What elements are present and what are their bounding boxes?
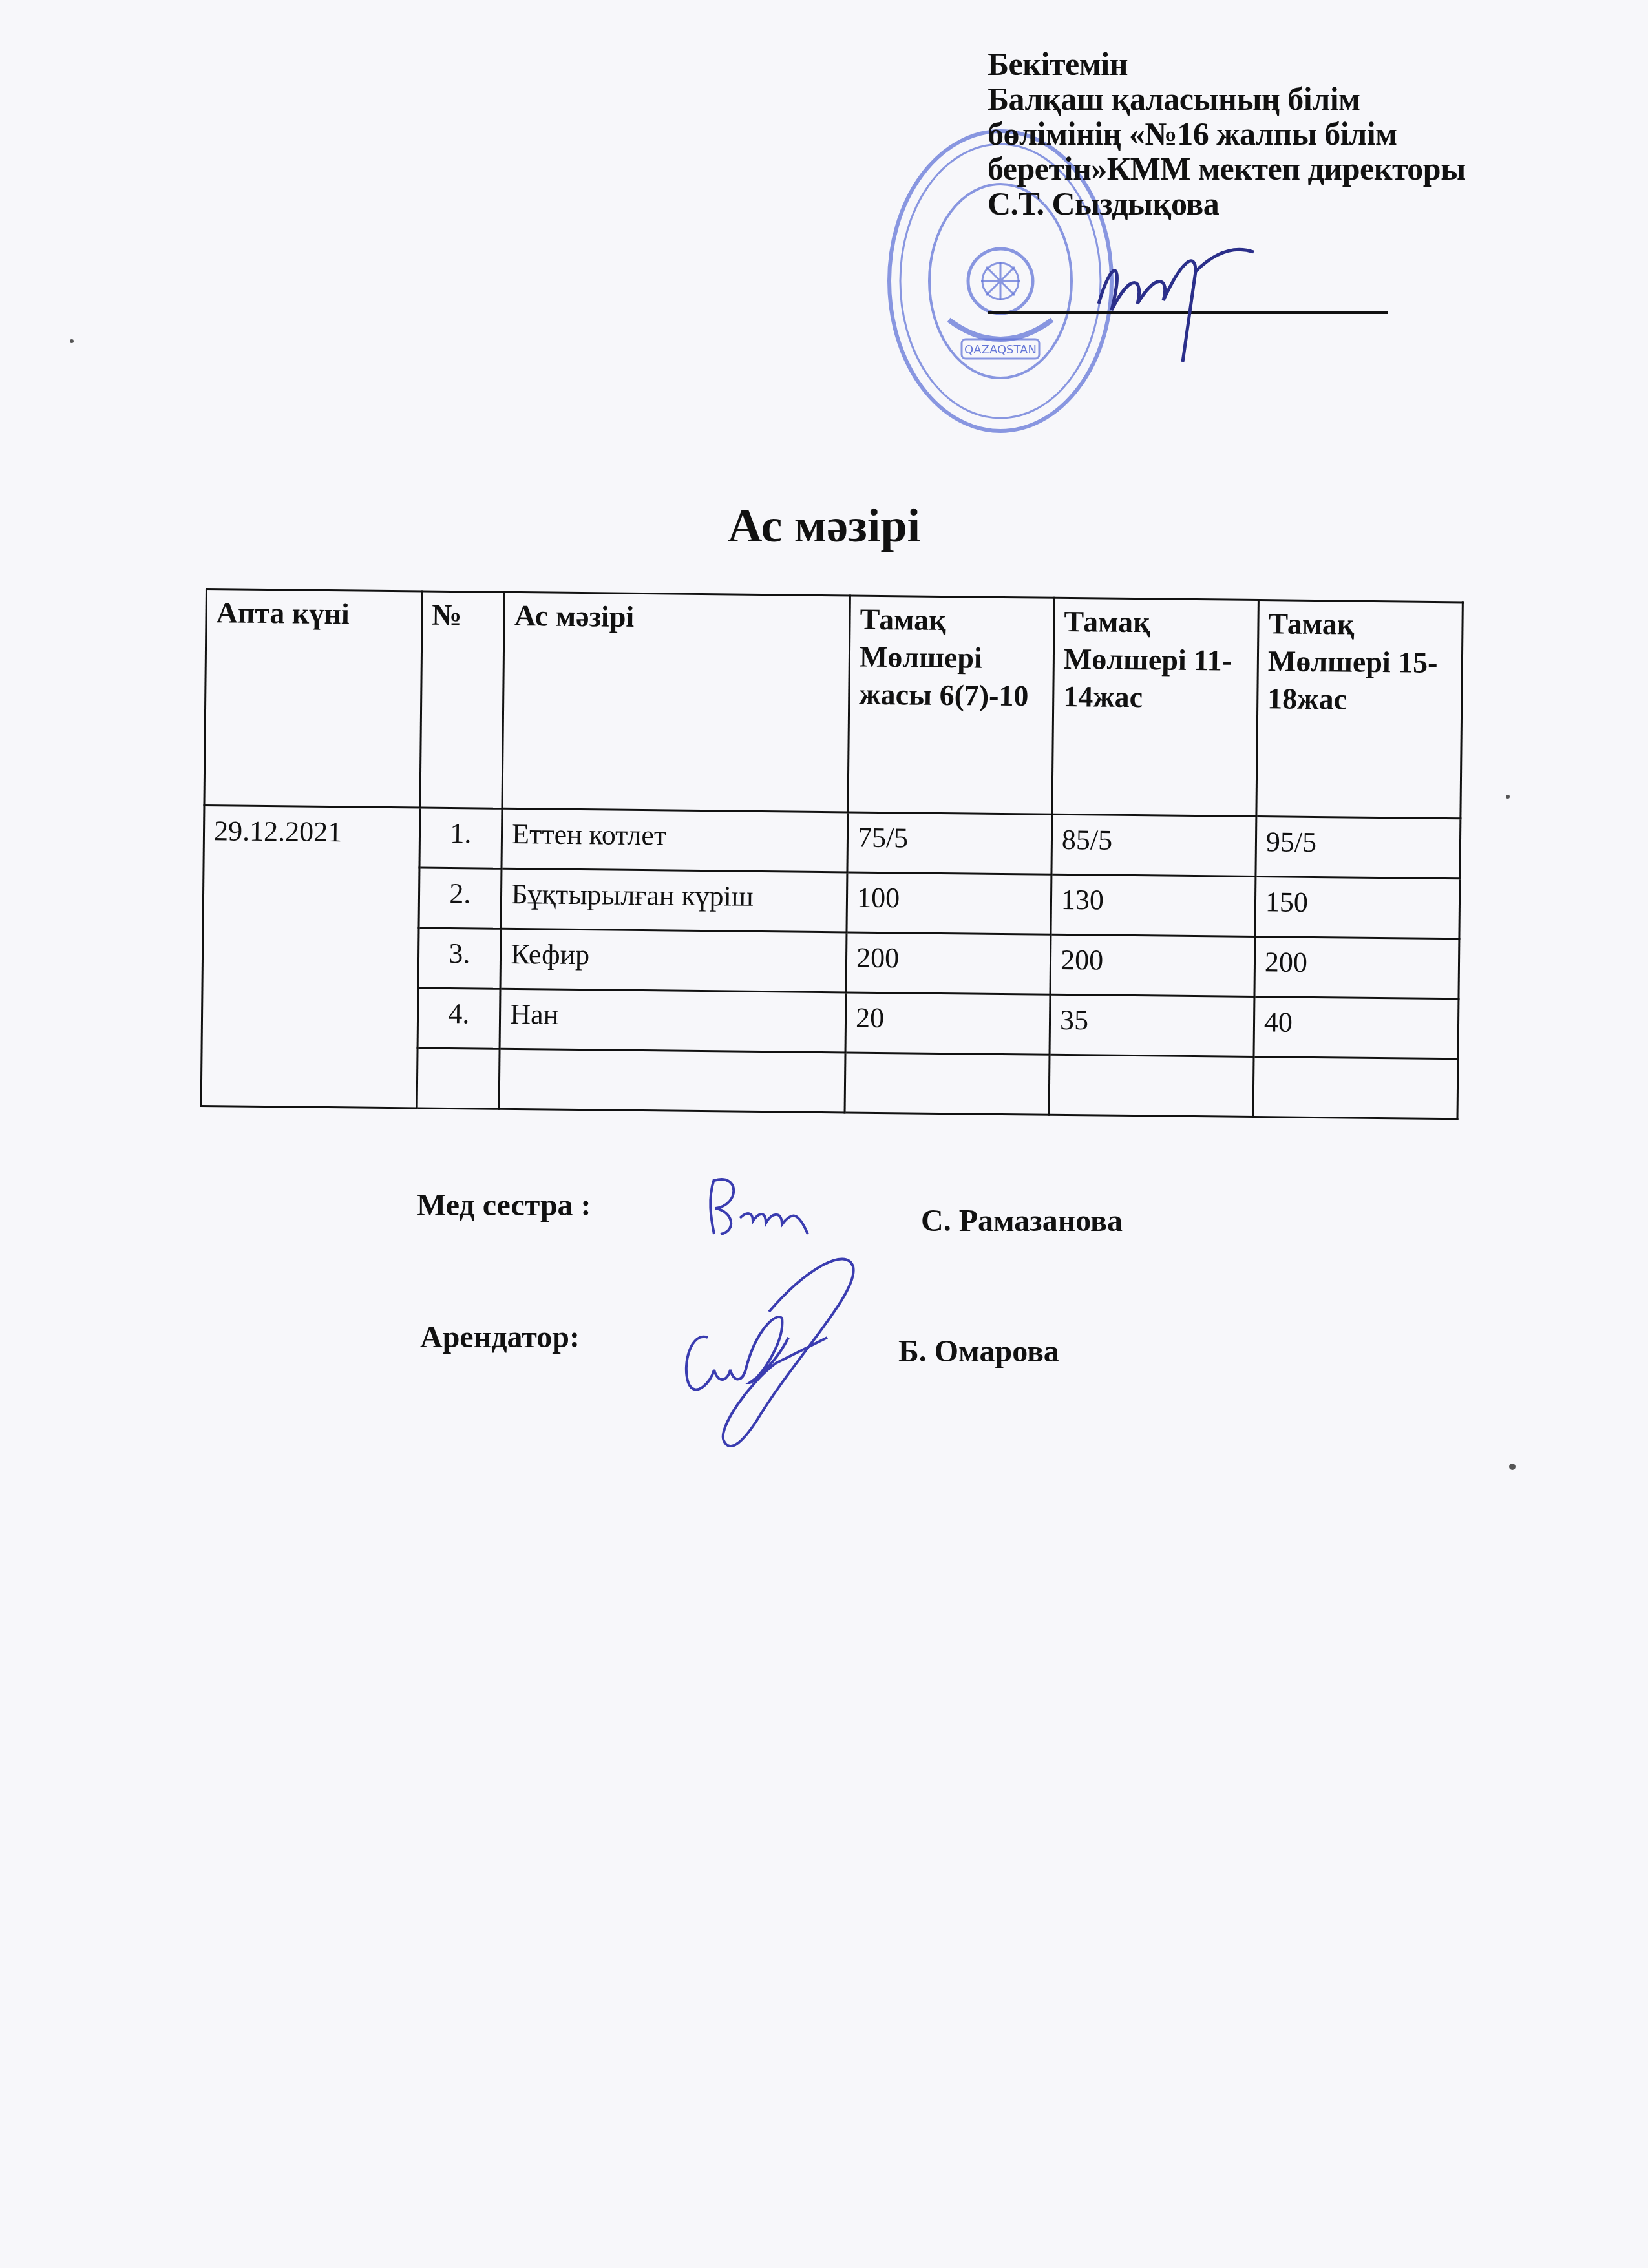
svg-text:QAZAQSTAN: QAZAQSTAN xyxy=(964,343,1037,357)
portion-15-18 xyxy=(1253,1057,1458,1119)
row-number xyxy=(417,1048,500,1109)
header-number: № xyxy=(419,591,504,808)
portion-11-14: 130 xyxy=(1051,874,1256,936)
dish-cell: Кефир xyxy=(500,929,847,992)
header-dish: Ас мәзірі xyxy=(502,592,850,812)
portion-15-18: 200 xyxy=(1254,937,1459,999)
row-number: 4. xyxy=(417,988,501,1049)
nurse-role: Мед сестра : xyxy=(417,1188,591,1223)
header-portion-15-18: Тамақ Мөлшері 15-18жас xyxy=(1256,600,1463,819)
scan-speck xyxy=(1506,795,1510,799)
portion-6-10: 100 xyxy=(847,872,1051,934)
row-number: 3. xyxy=(418,928,502,989)
portion-6-10 xyxy=(845,1053,1050,1115)
row-number: 2. xyxy=(419,868,502,929)
dish-cell: Нан xyxy=(500,989,846,1053)
nurse-name: С. Рамазанова xyxy=(921,1203,1123,1239)
portion-6-10: 200 xyxy=(846,932,1051,994)
nurse-signature-row: Мед сестра : С. Рамазанова xyxy=(417,1188,591,1223)
header-weekday: Апта күні xyxy=(204,589,422,808)
approval-line: Бекітемін xyxy=(988,47,1466,81)
approval-block: Бекітемін Балқаш қаласының білім бөлімін… xyxy=(988,47,1466,221)
portion-6-10: 20 xyxy=(845,992,1050,1055)
tenant-signature-icon xyxy=(679,1254,924,1454)
dish-cell: Бұқтырылған күріш xyxy=(501,868,847,932)
menu-table: Апта күні № Ас мәзірі Тамақ Мөлшері жасы… xyxy=(200,588,1464,1120)
tenant-signature-row: Арендатор: Б. Омарова xyxy=(420,1319,580,1355)
portion-15-18: 95/5 xyxy=(1256,817,1461,879)
portion-15-18: 40 xyxy=(1254,997,1459,1059)
page-title: Ас мәзірі xyxy=(0,499,1648,554)
dish-cell: Еттен котлет xyxy=(502,808,848,872)
table-header-row: Апта күні № Ас мәзірі Тамақ Мөлшері жасы… xyxy=(204,589,1463,819)
table-row: 29.12.2021 1. Еттен котлет 75/5 85/5 95/… xyxy=(204,805,1461,878)
director-name: С.Т. Сыздықова xyxy=(988,186,1466,221)
portion-11-14: 200 xyxy=(1050,934,1255,996)
approval-line: Балқаш қаласының білім xyxy=(988,81,1466,116)
approval-line: беретін»КММ мектеп директоры xyxy=(988,151,1466,186)
scan-speck xyxy=(1509,1464,1516,1470)
row-number: 1. xyxy=(419,808,502,868)
portion-11-14: 35 xyxy=(1050,994,1254,1056)
date-cell: 29.12.2021 xyxy=(201,805,419,1108)
portion-11-14 xyxy=(1049,1055,1254,1117)
tenant-role: Арендатор: xyxy=(420,1320,580,1354)
scan-speck xyxy=(70,339,74,343)
header-portion-6-10: Тамақ Мөлшері жасы 6(7)-10 xyxy=(848,596,1054,814)
director-signature-icon xyxy=(1086,233,1280,375)
approval-line: бөлімінің «№16 жалпы білім xyxy=(988,116,1466,151)
portion-15-18: 150 xyxy=(1255,877,1460,939)
portion-6-10: 75/5 xyxy=(847,812,1052,874)
dish-cell xyxy=(499,1049,845,1113)
nurse-signature-icon xyxy=(701,1173,843,1244)
portion-11-14: 85/5 xyxy=(1051,814,1256,876)
header-portion-11-14: Тамақ Мөлшері 11-14жас xyxy=(1052,598,1258,816)
